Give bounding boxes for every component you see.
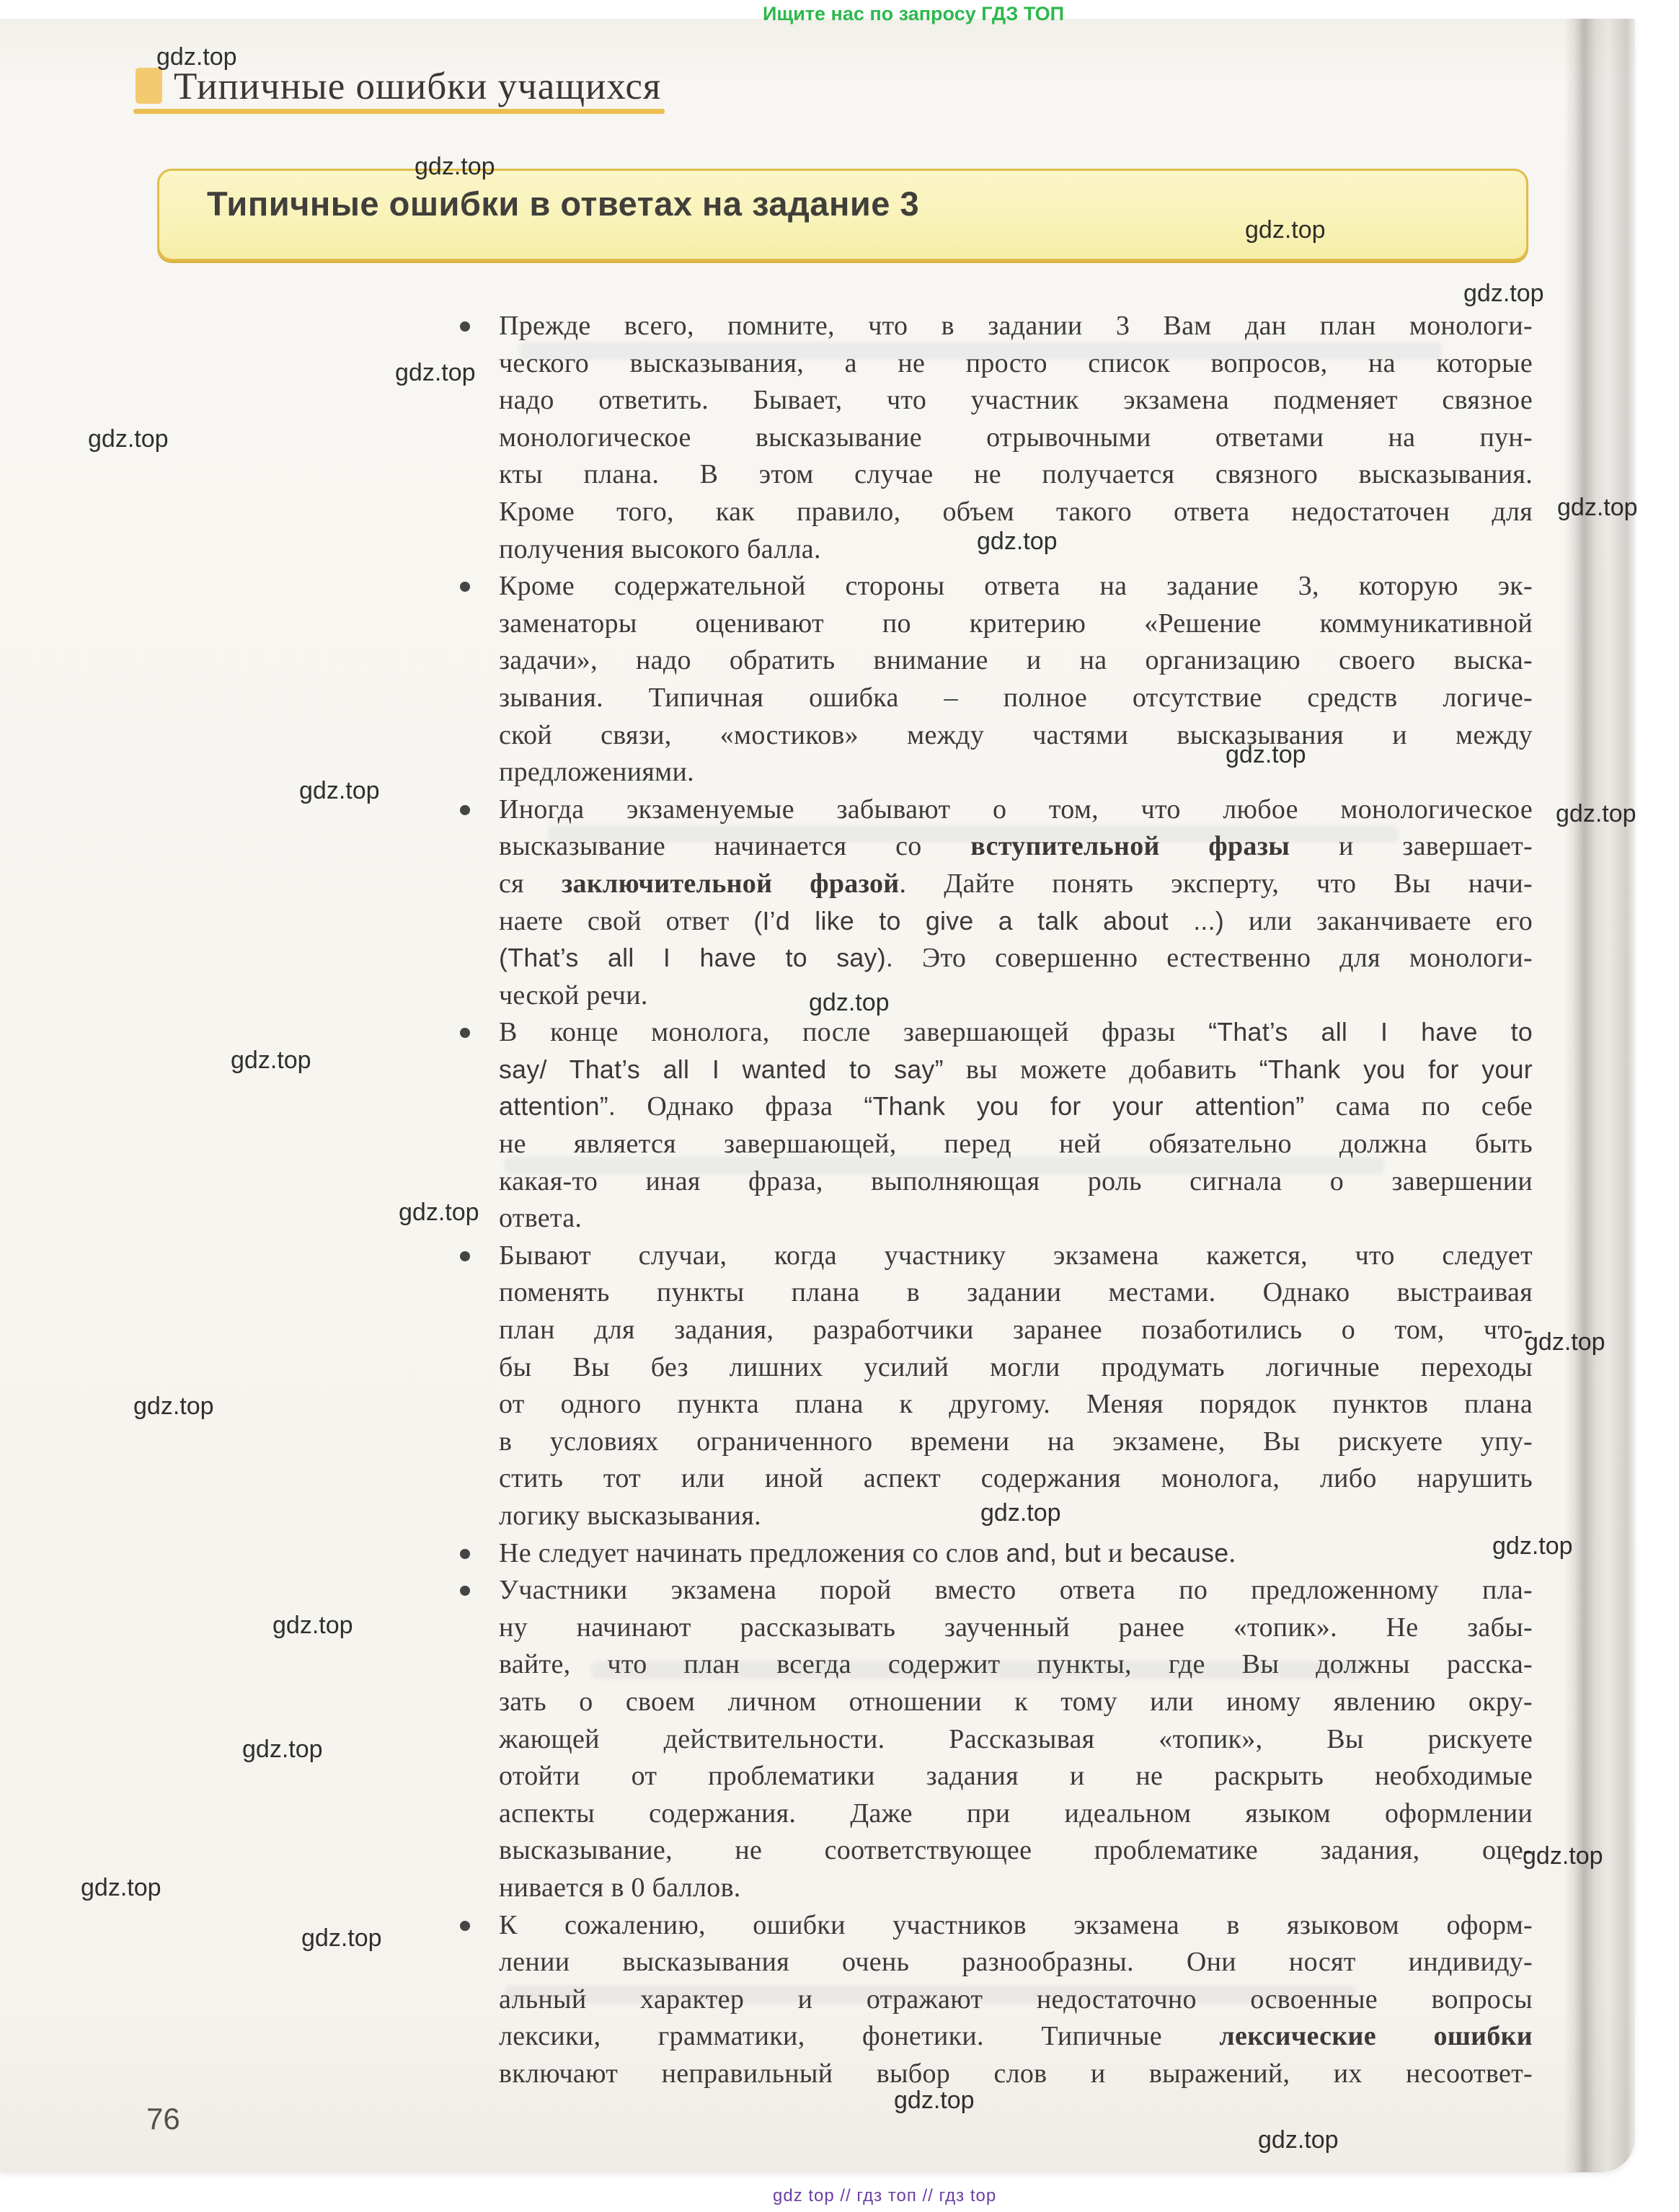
gdz-watermark: gdz.top bbox=[88, 425, 169, 453]
text-line: предложениями. bbox=[499, 754, 1533, 791]
callout-box: Типичные ошибки в ответах на задание 3 bbox=[157, 169, 1528, 261]
text-line: включают неправильный выбор слов и выраж… bbox=[499, 2056, 1533, 2093]
text-line: высказывание, не соответствующее проблем… bbox=[499, 1832, 1533, 1870]
text-line: задачи», надо обратить внимание и на орг… bbox=[499, 642, 1533, 680]
bullet-paragraph: Кроме содержательной стороны ответа на з… bbox=[499, 568, 1533, 791]
gdz-watermark: gdz.top bbox=[1226, 741, 1306, 769]
text-line: надо ответить. Бывает, что участник экза… bbox=[499, 382, 1533, 419]
bullet-dot bbox=[460, 321, 470, 332]
gdz-watermark: gdz.top bbox=[1557, 494, 1638, 522]
gdz-watermark: gdz.top bbox=[133, 1393, 214, 1421]
text-line: поменять пункты плана в задании местами.… bbox=[499, 1274, 1533, 1312]
text-line: ну начинают рассказывать заученный ранее… bbox=[499, 1609, 1533, 1647]
gdz-watermark: gdz.top bbox=[415, 153, 495, 181]
gdz-watermark: gdz.top bbox=[156, 43, 237, 71]
bullet-dot bbox=[460, 1921, 470, 1931]
text-line: в условиях ограниченного времени на экза… bbox=[499, 1423, 1533, 1461]
section-marker-square bbox=[136, 68, 162, 104]
bullet-dot bbox=[460, 805, 470, 815]
gdz-watermark: gdz.top bbox=[1258, 2126, 1339, 2154]
text-line: ответа. bbox=[499, 1200, 1533, 1238]
text-line: наете свой ответ (I’d like to give a tal… bbox=[499, 903, 1533, 941]
text-line: жающей действительности. Рассказывая «то… bbox=[499, 1721, 1533, 1759]
gdz-watermark: gdz.top bbox=[299, 777, 380, 805]
gdz-watermark: gdz.top bbox=[273, 1612, 353, 1640]
text-line: не является завершающей, перед ней обяза… bbox=[499, 1126, 1533, 1163]
gdz-watermark: gdz.top bbox=[395, 359, 476, 387]
text-line: стить тот или иной аспект содержания мон… bbox=[499, 1460, 1533, 1498]
text-line: лексики, грамматики, фонетики. Типичные … bbox=[499, 2018, 1533, 2056]
gdz-watermark: gdz.top bbox=[242, 1736, 323, 1764]
bullet-paragraph: Участники экзамена порой вместо ответа п… bbox=[499, 1572, 1533, 1906]
callout-title: Типичные ошибки в ответах на задание 3 bbox=[207, 184, 919, 223]
text-line: В конце монолога, после завершающей фраз… bbox=[499, 1014, 1533, 1052]
text-line: вайте, что план всегда содержит пункты, … bbox=[499, 1646, 1533, 1684]
text-line: Бывают случаи, когда участнику экзамена … bbox=[499, 1238, 1533, 1275]
gdz-watermark: gdz.top bbox=[980, 1499, 1061, 1527]
text-line: ской связи, «мостиков» между частями выс… bbox=[499, 717, 1533, 755]
section-title-underline bbox=[133, 109, 665, 114]
text-line: альный характер и отражают недостаточно … bbox=[499, 1981, 1533, 2019]
gdz-watermark: gdz.top bbox=[1463, 280, 1544, 308]
footer-watermark-line: gdz top // гдз топ // гдз top bbox=[773, 2186, 996, 2206]
gdz-watermark: gdz.top bbox=[1492, 1532, 1573, 1560]
gdz-watermark: gdz.top bbox=[81, 1874, 161, 1902]
text-line: Прежде всего, помните, что в задании 3 В… bbox=[499, 308, 1533, 345]
text-line: высказывание начинается со вступительной… bbox=[499, 828, 1533, 866]
section-title: Типичные ошибки учащихся bbox=[174, 65, 661, 108]
text-line: Кроме того, как правило, объем такого от… bbox=[499, 494, 1533, 531]
bullet-dot bbox=[460, 1251, 470, 1261]
text-line: say/ That’s all I wanted to say” вы може… bbox=[499, 1052, 1533, 1089]
gdz-watermark: gdz.top bbox=[977, 528, 1058, 556]
text-line: К сожалению, ошибки участников экзамена … bbox=[499, 1907, 1533, 1945]
text-line: аспекты содержания. Даже при идеальном я… bbox=[499, 1795, 1533, 1833]
gdz-watermark: gdz.top bbox=[1523, 1842, 1603, 1870]
gdz-watermark: gdz.top bbox=[1525, 1328, 1605, 1356]
text-line: зывания. Типичная ошибка – полное отсутс… bbox=[499, 680, 1533, 717]
bullet-paragraph: Не следует начинать предложения со слов … bbox=[499, 1535, 1533, 1573]
text-line: бы Вы без лишних усилий могли продумать … bbox=[499, 1349, 1533, 1387]
bullet-paragraph: Бывают случаи, когда участнику экзамена … bbox=[499, 1238, 1533, 1535]
bullet-list: Прежде всего, помните, что в задании 3 В… bbox=[499, 308, 1533, 2093]
gdz-watermark: gdz.top bbox=[809, 989, 890, 1017]
gdz-watermark: gdz.top bbox=[1245, 216, 1326, 244]
scanned-book-page: { "page": { "top_hint": { "text": "Ищите… bbox=[0, 0, 1679, 2212]
gdz-watermark: gdz.top bbox=[231, 1047, 311, 1075]
text-line: нивается в 0 баллов. bbox=[499, 1870, 1533, 1907]
bullet-paragraph: Иногда экзаменуемые забывают о том, что … bbox=[499, 791, 1533, 1015]
text-line: лении высказывания очень разнообразны. О… bbox=[499, 1944, 1533, 1981]
gdz-watermark: gdz.top bbox=[399, 1199, 479, 1227]
text-line: ческого высказывания, а не просто список… bbox=[499, 345, 1533, 383]
bullet-paragraph: К сожалению, ошибки участников экзамена … bbox=[499, 1907, 1533, 2093]
text-line: отойти от проблематики задания и не раск… bbox=[499, 1758, 1533, 1795]
text-line: Не следует начинать предложения со слов … bbox=[499, 1535, 1533, 1573]
page-number: 76 bbox=[146, 2102, 180, 2136]
text-line: ся заключительной фразой. Дайте понять э… bbox=[499, 866, 1533, 903]
text-line: Кроме содержательной стороны ответа на з… bbox=[499, 568, 1533, 605]
text-line: (That’s all I have to say). Это совершен… bbox=[499, 940, 1533, 977]
text-line: Иногда экзаменуемые забывают о том, что … bbox=[499, 791, 1533, 829]
text-line: монологическое высказывание отрывочными … bbox=[499, 419, 1533, 457]
gdz-watermark: gdz.top bbox=[1556, 800, 1636, 828]
text-line: кты плана. В этом случае не получается с… bbox=[499, 456, 1533, 494]
gdz-watermark: gdz.top bbox=[301, 1924, 382, 1953]
text-line: план для задания, разработчики заранее п… bbox=[499, 1312, 1533, 1349]
text-line: зать о своем личном отношении к тому или… bbox=[499, 1684, 1533, 1721]
text-line: от одного пункта плана к другому. Меняя … bbox=[499, 1386, 1533, 1423]
text-line: attention”. Однако фраза “Thank you for … bbox=[499, 1088, 1533, 1126]
bullet-dot bbox=[460, 1549, 470, 1559]
gdz-watermark: gdz.top bbox=[894, 2087, 975, 2115]
text-line: заменаторы оценивают по критерию «Решени… bbox=[499, 605, 1533, 643]
search-hint: Ищите нас по запросу ГДЗ ТОП bbox=[763, 3, 1064, 25]
bullet-paragraph: В конце монолога, после завершающей фраз… bbox=[499, 1014, 1533, 1238]
text-line: какая-то иная фраза, выполняющая роль си… bbox=[499, 1163, 1533, 1201]
text-line: Участники экзамена порой вместо ответа п… bbox=[499, 1572, 1533, 1609]
text-line: ческой речи. bbox=[499, 977, 1533, 1015]
